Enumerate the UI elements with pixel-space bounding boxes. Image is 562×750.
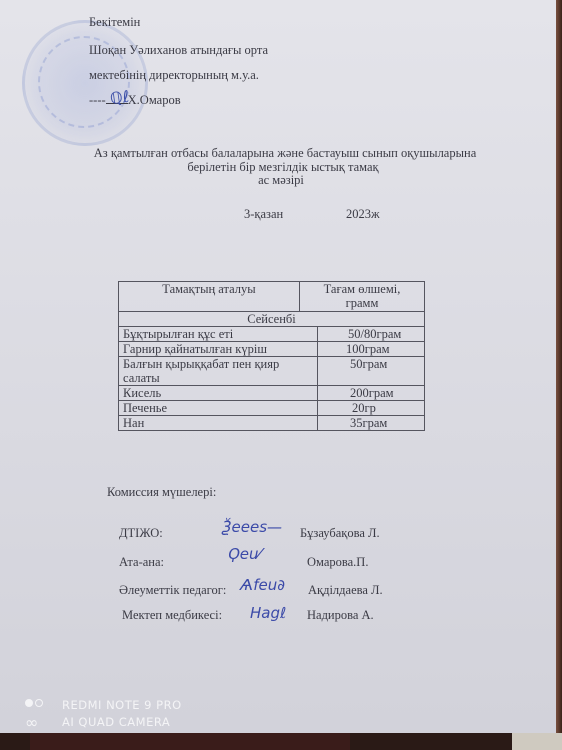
member-name: Бұзаубақова Л. — [300, 526, 380, 541]
approval-line-2: Шоқан Уәлиханов атындағы орта — [89, 43, 268, 58]
table-row: Печенье 20гр — [119, 401, 425, 416]
approval-line-1: Бекітемін — [89, 15, 140, 30]
member-signature: Ѧfeu∂ — [240, 576, 285, 594]
background-surface — [30, 733, 350, 750]
table-row: Балғын қырыққабат пен қияр салаты 50грам — [119, 357, 425, 386]
member-signature: Ѯeees— — [222, 518, 282, 536]
doc-title-line-3: ас мәзірі — [0, 173, 562, 188]
header-food-name: Тамақтың аталуы — [119, 282, 300, 312]
member-role: Мектеп медбикесі: — [122, 608, 222, 623]
member-signature: Ϙeu⁄ — [228, 545, 261, 563]
background-surface-light — [512, 733, 562, 750]
doc-title-line-1: Аз қамтылған отбасы балаларына және баст… — [0, 146, 562, 161]
member-role: Әлеуметтік педагог: — [119, 583, 226, 598]
date-year: 2023ж — [346, 207, 380, 222]
table-row: Кисель 200грам — [119, 386, 425, 401]
camera-logo-icon: ∞ — [25, 699, 45, 731]
table-row: Гарнир қайнатылған күріш 100грам — [119, 342, 425, 357]
member-role: ДТІЖО: — [119, 526, 163, 541]
menu-table: Тамақтың аталуы Тағам өлшемі, грамм Сейс… — [118, 281, 425, 327]
table-row: Бұқтырылған құс еті 50/80грам — [119, 327, 425, 342]
date-day: 3-қазан — [244, 207, 283, 222]
commission-heading: Комиссия мүшелері: — [107, 485, 216, 500]
director-name: Х.Омаров — [128, 93, 181, 107]
member-signature: Hagℓ — [250, 604, 286, 622]
member-name: Омарова.П. — [307, 555, 368, 570]
day-label: Сейсенбі — [119, 312, 425, 327]
director-signature: ℚℓ — [109, 87, 131, 108]
table-header-row: Тамақтың аталуы Тағам өлшемі, грамм — [119, 282, 425, 312]
header-portion: Тағам өлшемі, грамм — [300, 282, 425, 312]
page-edge — [556, 0, 562, 733]
member-name: Надирова А. — [307, 608, 374, 623]
approval-line-3: мектебінің директорының м.у.а. — [89, 68, 259, 83]
approval-line-4: ----Х.Омаров — [89, 93, 181, 108]
signature-dashes: ---- — [89, 93, 106, 107]
member-role: Ата-ана: — [119, 555, 164, 570]
table-day-row: Сейсенбі — [119, 312, 425, 327]
table-row: Нан 35грам — [119, 416, 425, 431]
camera-watermark: REDMI NOTE 9 PRO AI QUAD CAMERA — [62, 697, 182, 731]
menu-items-table: Бұқтырылған құс еті 50/80грам Гарнир қай… — [118, 326, 425, 431]
member-name: Ақділдаева Л. — [308, 583, 383, 598]
